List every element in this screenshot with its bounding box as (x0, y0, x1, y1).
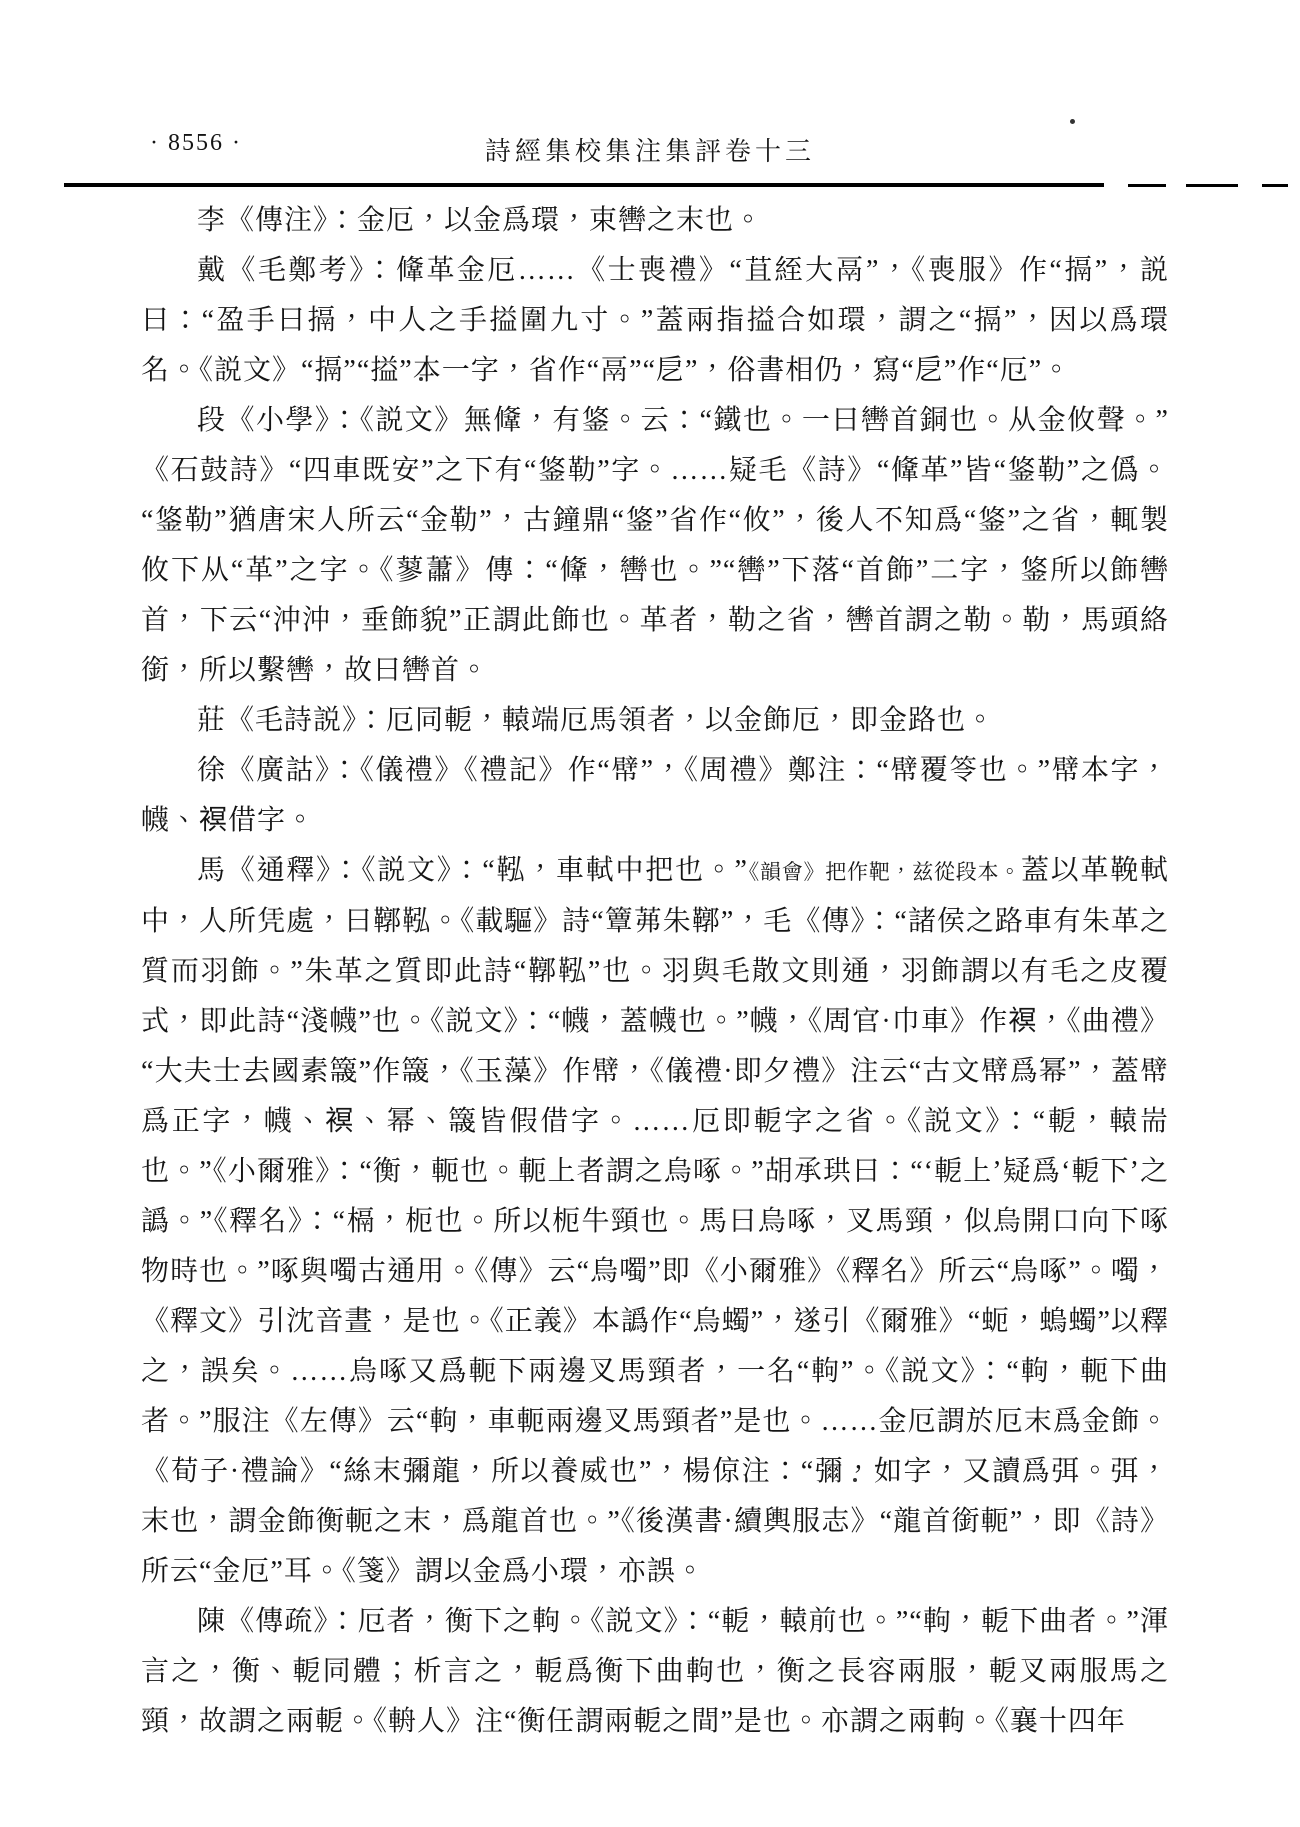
header-rule-dash (1186, 184, 1238, 187)
text-run: 馬《通釋》：《説文》：“鞃，車軾中把也。” (197, 855, 748, 886)
ink-speck (853, 1478, 857, 1482)
text-run: 李《傳注》：金厄，以金爲環，束轡之末也。 (197, 205, 763, 236)
text-run: 蓋以革鞔軾中，人所凭處，曰鞹鞃。《載驅》詩“簟茀朱鞹”，毛《傳》：“諸侯之路車有… (141, 855, 1169, 1587)
ink-speck (1070, 119, 1075, 124)
text-run: 段《小學》：《説文》無鞗，有鋚。云：“鐵也。一曰轡首銅也。从金攸聲。”《石鼓詩》… (141, 405, 1169, 686)
paragraph: 陳《傳疏》：厄者，衡下之軥。《説文》：“軶，轅前也。”“軥，軶下曲者。”渾言之，… (141, 1597, 1169, 1747)
header-rule-dash (1128, 184, 1166, 187)
text-run: 徐《廣詁》：《儀禮》《禮記》作“幦”，《周禮》鄭注：“幦覆笭也。”幦本字，幭、𧜀… (141, 755, 1169, 836)
paragraph: 莊《毛詩説》：厄同軶，轅端厄馬領者，以金飾厄，即金路也。 (141, 696, 1169, 746)
text-run: 莊《毛詩説》：厄同軶，轅端厄馬領者，以金飾厄，即金路也。 (197, 705, 995, 736)
paragraph: 段《小學》：《説文》無鞗，有鋚。云：“鐵也。一曰轡首銅也。从金攸聲。”《石鼓詩》… (141, 396, 1169, 696)
ink-speck (419, 377, 423, 381)
header-rule (64, 183, 1104, 187)
paragraph: 馬《通釋》：《説文》：“鞃，車軾中把也。”《韻會》把作靶，兹從段本。蓋以革鞔軾中… (141, 846, 1169, 1597)
page-body: 李《傳注》：金厄，以金爲環，束轡之末也。戴《毛鄭考》：鞗革金厄……《士喪禮》“苴… (141, 196, 1169, 1747)
text-run: 戴《毛鄭考》：鞗革金厄……《士喪禮》“苴絰大鬲”，《喪服》作“搹”，説曰：“盈手… (141, 255, 1169, 386)
header-rule-dash (1262, 184, 1288, 187)
text-run: 陳《傳疏》：厄者，衡下之軥。《説文》：“軶，轅前也。”“軥，軶下曲者。”渾言之，… (141, 1606, 1169, 1737)
page-title: 詩經集校集注集評卷十三 (0, 131, 1300, 168)
paragraph: 戴《毛鄭考》：鞗革金厄……《士喪禮》“苴絰大鬲”，《喪服》作“搹”，説曰：“盈手… (141, 246, 1169, 396)
paragraph: 徐《廣詁》：《儀禮》《禮記》作“幦”，《周禮》鄭注：“幦覆笭也。”幦本字，幭、𧜀… (141, 746, 1169, 846)
inline-note: 《韻會》把作靶，兹從段本。 (748, 860, 1021, 884)
paragraph: 李《傳注》：金厄，以金爲環，束轡之末也。 (141, 196, 1169, 246)
